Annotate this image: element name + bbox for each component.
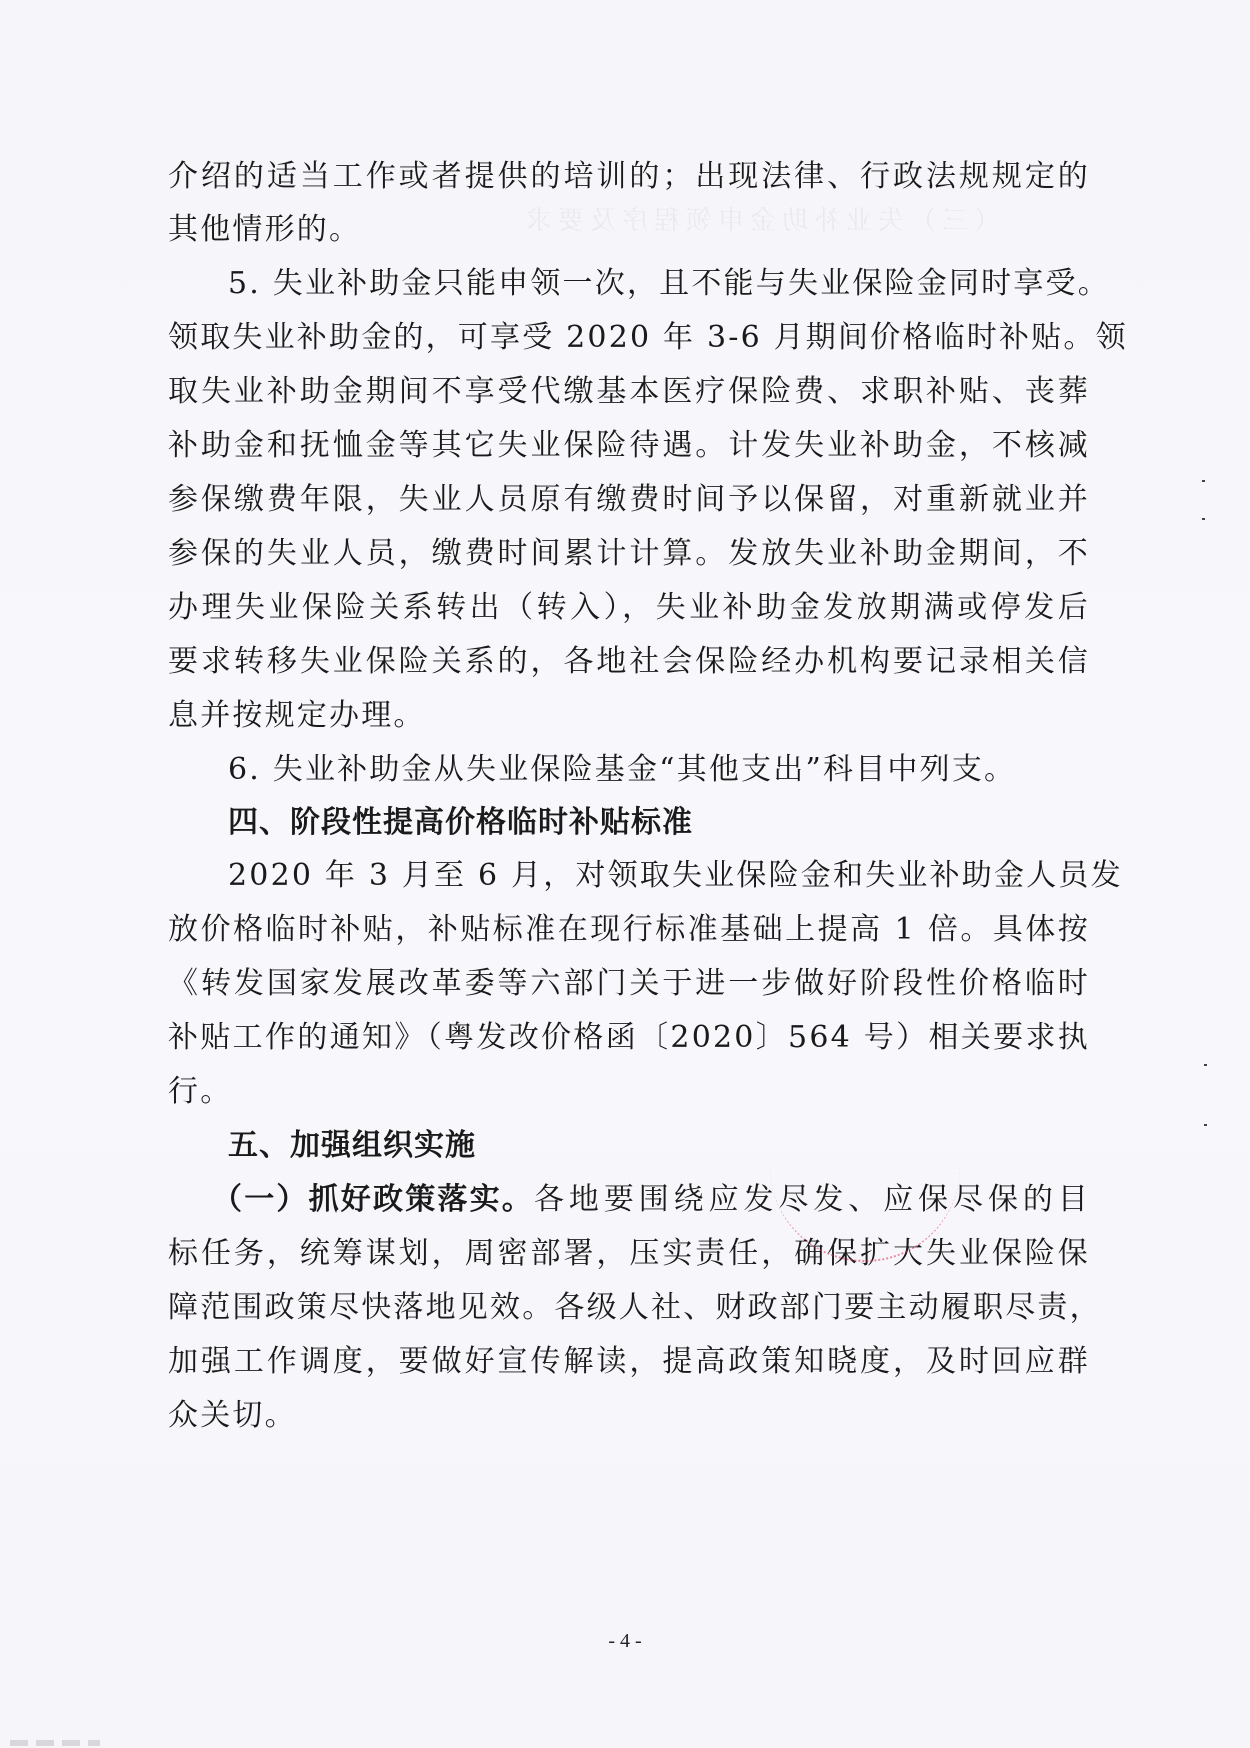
scan-mark — [1204, 1064, 1207, 1066]
paragraph-line: 办理失业保险关系转出（转入），失业补助金发放期满或停发后 — [168, 588, 1090, 628]
paragraph-line: 补贴工作的通知》（粤发改价格函〔2020〕564 号）相关要求执 — [168, 1018, 1090, 1058]
paragraph-line: 补助金和抚恤金等其它失业保险待遇。计发失业补助金，不核减 — [168, 426, 1090, 466]
document-page: （三）失业补助金申领程序及要求 介绍的适当工作或者提供的培训的；出现法律、行政法… — [0, 0, 1250, 1748]
paragraph-line: 5. 失业补助金只能申领一次，且不能与失业保险金同时享受。 — [228, 264, 1090, 304]
paragraph-line: 行。 — [168, 1072, 1090, 1112]
page-number: - 4 - — [0, 1630, 1250, 1653]
paragraph-line: 2020 年 3 月至 6 月，对领取失业保险金和失业补助金人员发 — [228, 856, 1090, 896]
paragraph-line: 放价格临时补贴，补贴标准在现行标准基础上提高 1 倍。具体按 — [168, 910, 1090, 950]
paragraph-line: 参保缴费年限，失业人员原有缴费时间予以保留，对重新就业并 — [168, 480, 1090, 520]
paragraph-line: 6. 失业补助金从失业保险基金“其他支出”科目中列支。 — [228, 750, 1090, 790]
paragraph-line: 息并按规定办理。 — [168, 696, 1090, 736]
scan-mark — [1202, 480, 1205, 482]
paragraph-line: （一）抓好政策落实。 各地要围绕应发尽发、应保尽保的目 — [212, 1180, 1090, 1220]
paragraph-line: 其他情形的。 — [168, 210, 1090, 250]
paragraph-line: 参保的失业人员，缴费时间累计计算。发放失业补助金期间，不 — [168, 534, 1090, 574]
paragraph-line: 介绍的适当工作或者提供的培训的；出现法律、行政法规规定的 — [168, 157, 1090, 197]
paragraph-line: 众关切。 — [168, 1396, 1090, 1436]
scan-edge-artifact — [10, 1740, 100, 1746]
section-heading-5: 五、加强组织实施 — [228, 1126, 1090, 1166]
paragraph-line: 取失业补助金期间不享受代缴基本医疗保险费、求职补贴、丧葬 — [168, 372, 1090, 412]
paragraph-line: 加强工作调度，要做好宣传解读，提高政策知晓度，及时回应群 — [168, 1342, 1090, 1382]
paragraph-line: 标任务，统筹谋划，周密部署，压实责任，确保扩大失业保险保 — [168, 1234, 1090, 1274]
section-heading-4: 四、阶段性提高价格临时补贴标准 — [228, 803, 1090, 843]
scan-mark — [1204, 1124, 1207, 1126]
subsection-lead: （一）抓好政策落实。 — [212, 1180, 534, 1220]
paragraph-line: 《转发国家发展改革委等六部门关于进一步做好阶段性价格临时 — [168, 964, 1090, 1004]
paragraph-line: 要求转移失业保险关系的，各地社会保险经办机构要记录相关信 — [168, 642, 1090, 682]
scan-mark — [1202, 518, 1205, 520]
paragraph-line: 领取失业补助金的，可享受 2020 年 3-6 月期间价格临时补贴。领 — [168, 318, 1090, 358]
paragraph-line: 障范围政策尽快落地见效。各级人社、财政部门要主动履职尽责， — [168, 1288, 1090, 1328]
